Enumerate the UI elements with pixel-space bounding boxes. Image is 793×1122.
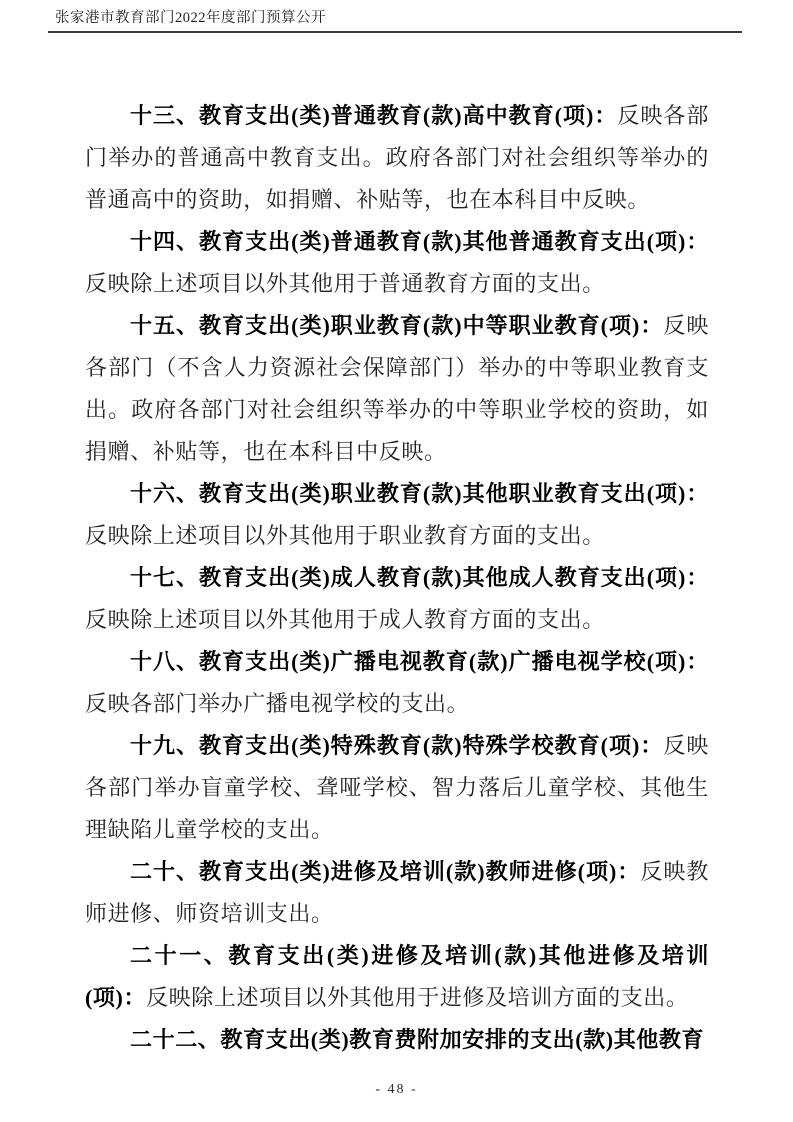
paragraph-20: 二十、教育支出(类)进修及培训(款)教师进修(项)：反映教师进修、师资培训支出。 <box>85 851 709 935</box>
paragraph-17: 十七、教育支出(类)成人教育(款)其他成人教育支出(项)：反映除上述项目以外其他… <box>85 557 709 641</box>
paragraph-18-heading: 十八、教育支出(类)广播电视教育(款)广播电视学校(项)： <box>130 649 709 674</box>
paragraph-15: 十五、教育支出(类)职业教育(款)中等职业教育(项)：反映各部门（不含人力资源社… <box>85 305 709 473</box>
paragraph-17-heading: 十七、教育支出(类)成人教育(款)其他成人教育支出(项)： <box>130 565 709 590</box>
paragraph-14-text: 反映除上述项目以外其他用于普通教育方面的支出。 <box>85 271 605 296</box>
paragraph-22-heading: 二十二、教育支出(类)教育费附加安排的支出(款)其他教育 <box>130 1027 704 1052</box>
paragraph-13-heading: 十三、教育支出(类)普通教育(款)高中教育(项)： <box>130 103 617 128</box>
paragraph-22: 二十二、教育支出(类)教育费附加安排的支出(款)其他教育 <box>85 1019 709 1061</box>
paragraph-21-text: 反映除上述项目以外其他用于进修及培训方面的支出。 <box>146 985 688 1010</box>
paragraph-19-heading: 十九、教育支出(类)特殊教育(款)特殊学校教育(项)： <box>130 733 663 758</box>
document-page: 张家港市教育部门2022年度部门预算公开 十三、教育支出(类)普通教育(款)高中… <box>0 0 793 1122</box>
paragraph-19: 十九、教育支出(类)特殊教育(款)特殊学校教育(项)：反映各部门举办盲童学校、聋… <box>85 725 709 851</box>
paragraph-18: 十八、教育支出(类)广播电视教育(款)广播电视学校(项)：反映各部门举办广播电视… <box>85 641 709 725</box>
paragraph-20-heading: 二十、教育支出(类)进修及培训(款)教师进修(项)： <box>130 859 640 884</box>
page-number: - 48 - <box>375 1082 417 1097</box>
page-header: 张家港市教育部门2022年度部门预算公开 <box>48 10 742 33</box>
document-body: 十三、教育支出(类)普通教育(款)高中教育(项)：反映各部门举办的普通高中教育支… <box>85 95 709 1080</box>
paragraph-17-text: 反映除上述项目以外其他用于成人教育方面的支出。 <box>85 607 605 632</box>
paragraph-14-heading: 十四、教育支出(类)普通教育(款)其他普通教育支出(项)： <box>130 229 709 254</box>
header-title: 张家港市教育部门2022年度部门预算公开 <box>48 10 742 27</box>
paragraph-21: 二十一、教育支出(类)进修及培训(款)其他进修及培训(项)：反映除上述项目以外其… <box>85 935 709 1019</box>
paragraph-16: 十六、教育支出(类)职业教育(款)其他职业教育支出(项)：反映除上述项目以外其他… <box>85 473 709 557</box>
paragraph-13: 十三、教育支出(类)普通教育(款)高中教育(项)：反映各部门举办的普通高中教育支… <box>85 95 709 221</box>
paragraph-16-heading: 十六、教育支出(类)职业教育(款)其他职业教育支出(项)： <box>130 481 709 506</box>
paragraph-14: 十四、教育支出(类)普通教育(款)其他普通教育支出(项)：反映除上述项目以外其他… <box>85 221 709 305</box>
page-footer: - 48 - <box>0 1080 793 1098</box>
paragraph-18-text: 反映各部门举办广播电视学校的支出。 <box>85 691 469 716</box>
paragraph-15-heading: 十五、教育支出(类)职业教育(款)中等职业教育(项)： <box>130 313 663 338</box>
paragraph-16-text: 反映除上述项目以外其他用于职业教育方面的支出。 <box>85 523 605 548</box>
